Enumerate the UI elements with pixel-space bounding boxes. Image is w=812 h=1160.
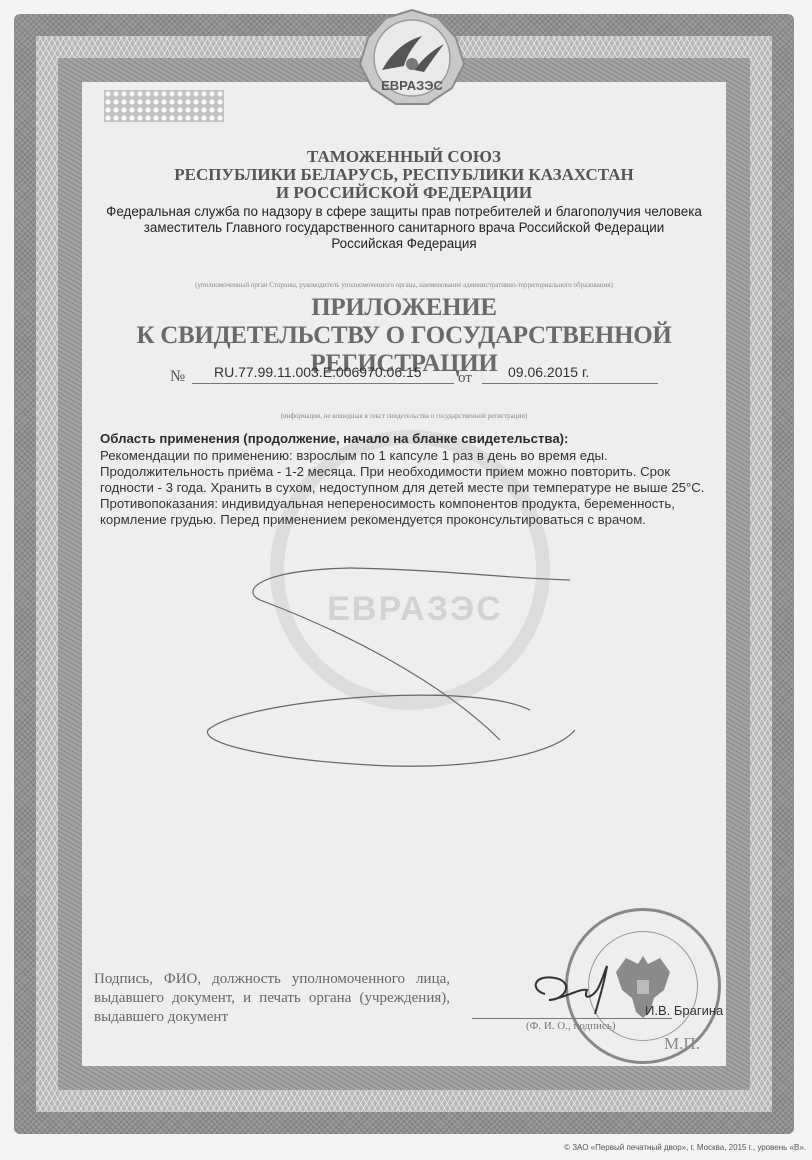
printer-footer: © ЗАО «Первый печатный двор», г. Москва,… <box>564 1143 806 1152</box>
body-line: кормление грудью. Перед применением реко… <box>100 512 740 528</box>
fio-caption: (Ф. И. О., подпись) <box>526 1020 616 1032</box>
registration-date: 09.06.2015 г. <box>508 364 589 380</box>
registration-caption: (информация, не вошедшая в текст свидете… <box>82 412 726 420</box>
evrazes-logo-icon: ЕВРАЗЭС <box>352 8 472 108</box>
body-line: Противопоказания: индивидуальная неперен… <box>100 496 740 512</box>
security-pattern <box>104 90 224 122</box>
authority-line-2: заместитель Главного государственного са… <box>72 220 736 236</box>
signature-line <box>472 1018 672 1019</box>
union-line-1: ТАМОЖЕННЫЙ СОЮЗ <box>82 148 726 166</box>
date-label: от <box>458 370 472 387</box>
cancellation-stroke <box>200 560 580 800</box>
authority-line-1: Федеральная служба по надзору в сфере за… <box>72 204 736 220</box>
signature-instructions: Подпись, ФИО, должность уполномоченного … <box>94 970 450 1027</box>
union-line-3: И РОССИЙСКОЙ ФЕДЕРАЦИИ <box>82 184 726 202</box>
body-line: годности - 3 года. Хранить в сухом, недо… <box>100 480 740 496</box>
authority-line-3: Российская Федерация <box>72 236 736 252</box>
svg-text:ЕВРАЗЭС: ЕВРАЗЭС <box>381 78 443 93</box>
authority-caption: (уполномоченный орган Стороны, руководит… <box>82 281 726 289</box>
body-line: Продолжительность приёма - 1-2 месяца. П… <box>100 464 740 480</box>
section-body: Рекомендации по применению: взрослым по … <box>100 448 740 528</box>
union-line-2: РЕСПУБЛИКИ БЕЛАРУСЬ, РЕСПУБЛИКИ КАЗАХСТА… <box>82 166 726 184</box>
signatory-name: И.В. Брагина <box>645 1003 723 1018</box>
handwritten-signature <box>525 960 635 1020</box>
body-line: Рекомендации по применению: взрослым по … <box>100 448 740 464</box>
registration-number: RU.77.99.11.003.E.006970.06.15 <box>214 364 422 380</box>
seal-label: М.П. <box>664 1034 700 1054</box>
number-label: № <box>170 368 185 386</box>
section-heading: Область применения (продолжение, начало … <box>100 431 568 446</box>
date-underline <box>482 383 658 384</box>
title-line-1: ПРИЛОЖЕНИЕ <box>72 294 736 322</box>
number-underline <box>192 383 454 384</box>
